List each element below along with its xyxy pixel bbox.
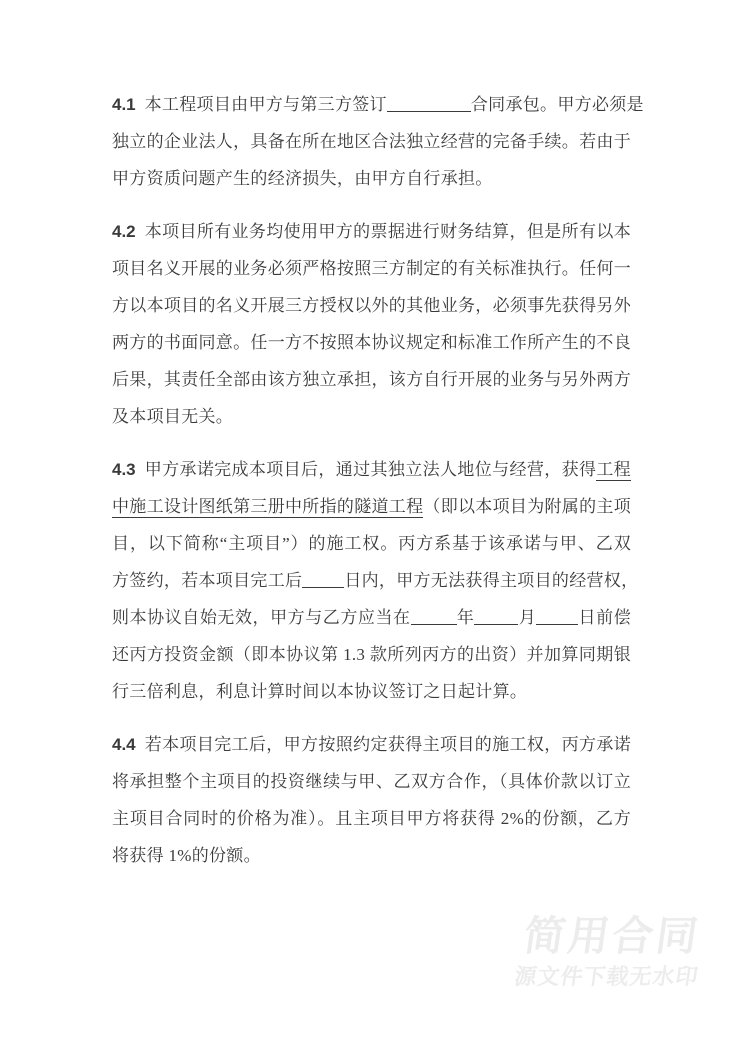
text-line: 方以本项目的名义开展三方授权以外的其他业务，必须事先获得另外 bbox=[112, 287, 631, 324]
watermark-brand: 简用合同 bbox=[517, 916, 707, 957]
section-4.4: 4.4若本项目完工后，甲方按照约定获得主项目的施工权，丙方承诺将承担整个主项目的… bbox=[112, 726, 631, 874]
text-segment: 方以本项目的名义开展三方授权以外的其他业务，必须事先获得另外 bbox=[112, 296, 631, 315]
text-line: 甲方资质问题产生的经济损失，由甲方自行承担。 bbox=[112, 160, 631, 197]
text-line: 两方的书面同意。任一方不按照本协议规定和标准工作所产生的不良 bbox=[112, 324, 631, 361]
text-segment: （即以本项目为附属的主项 bbox=[423, 497, 631, 516]
blank-field bbox=[474, 610, 518, 625]
text-line: 项目名义开展的业务必须严格按照三方制定的有关标准执行。任何一 bbox=[112, 250, 631, 287]
text-segment: 后果，其责任全部由该方独立承担，该方自行开展的业务与另外两方 bbox=[112, 370, 631, 389]
text-segment: 独立的企业法人，具备在所在地区合法独立经营的完备手续。若由于 bbox=[112, 132, 631, 151]
text-segment: 将承担整个主项目的投资继续与甲、乙双方合作，（具体价款以订立 bbox=[112, 772, 631, 791]
blank-field bbox=[302, 573, 344, 588]
text-line: 4.1本工程项目由甲方与第三方签订合同承包。甲方必须是 bbox=[112, 86, 631, 123]
underlined-text: 工程 bbox=[596, 460, 631, 481]
section-4.3: 4.3甲方承诺完成本项目后，通过其独立法人地位与经营，获得工程中施工设计图纸第三… bbox=[112, 451, 631, 710]
text-segment: 项目名义开展的业务必须严格按照三方制定的有关标准执行。任何一 bbox=[112, 259, 631, 278]
text-line: 目，以下简称“主项目”）的施工权。丙方系基于该承诺与甲、乙双 bbox=[112, 525, 631, 562]
text-segment: 方签约，若本项目完工后 bbox=[112, 571, 302, 590]
text-line: 则本协议自始无效，甲方与乙方应当在年月日前偿 bbox=[112, 599, 631, 636]
text-line: 还丙方投资金额（即本协议第 1.3 款所列丙方的出资）并加算同期银 bbox=[112, 636, 631, 673]
section-number: 4.2 bbox=[112, 222, 136, 241]
text-segment: 及本项目无关。 bbox=[112, 407, 233, 426]
section-number: 4.1 bbox=[112, 95, 136, 114]
text-line: 方签约，若本项目完工后日内，甲方无法获得主项目的经营权， bbox=[112, 562, 631, 599]
text-segment: 目，以下简称“主项目”）的施工权。丙方系基于该承诺与甲、乙双 bbox=[112, 534, 631, 553]
text-line: 4.4若本项目完工后，甲方按照约定获得主项目的施工权，丙方承诺 bbox=[112, 726, 631, 763]
text-segment: 若本项目完工后，甲方按照约定获得主项目的施工权，丙方承诺 bbox=[145, 735, 631, 754]
blank-field bbox=[387, 97, 471, 112]
underlined-text: 中施工设计图纸第三册中所指的隧道工程 bbox=[112, 497, 423, 518]
blank-field bbox=[536, 610, 578, 625]
text-line: 将承担整个主项目的投资继续与甲、乙双方合作，（具体价款以订立 bbox=[112, 763, 631, 800]
text-line: 及本项目无关。 bbox=[112, 398, 631, 435]
text-line: 4.2本项目所有业务均使用甲方的票据进行财务结算，但是所有以本 bbox=[112, 213, 631, 250]
text-segment: 本工程项目由甲方与第三方签订 bbox=[145, 95, 387, 114]
section-4.1: 4.1本工程项目由甲方与第三方签订合同承包。甲方必须是独立的企业法人，具备在所在… bbox=[112, 86, 631, 197]
text-segment: 日内，甲方无法获得主项目的经营权， bbox=[344, 571, 638, 590]
watermark: 简用合同 源文件下载无水印 bbox=[513, 916, 707, 988]
text-segment: 合同承包。甲方必须是 bbox=[471, 95, 644, 114]
text-line: 4.3甲方承诺完成本项目后，通过其独立法人地位与经营，获得工程 bbox=[112, 451, 631, 488]
text-line: 主项目合同时的价格为准）。且主项目甲方将获得 2%的份额，乙方 bbox=[112, 800, 631, 837]
text-segment: 日前偿 bbox=[578, 608, 631, 627]
blank-field bbox=[411, 610, 457, 625]
text-segment: 还丙方投资金额（即本协议第 1.3 款所列丙方的出资）并加算同期银 bbox=[112, 645, 631, 664]
text-segment: 主项目合同时的价格为准）。且主项目甲方将获得 2%的份额，乙方 bbox=[112, 809, 631, 828]
section-number: 4.3 bbox=[112, 460, 136, 479]
text-segment: 行三倍利息，利息计算时间以本协议签订之日起计算。 bbox=[112, 682, 527, 701]
watermark-tagline: 源文件下载无水印 bbox=[513, 966, 700, 988]
text-line: 行三倍利息，利息计算时间以本协议签订之日起计算。 bbox=[112, 673, 631, 710]
text-segment: 将获得 1%的份额。 bbox=[112, 846, 261, 865]
text-segment: 两方的书面同意。任一方不按照本协议规定和标准工作所产生的不良 bbox=[112, 333, 631, 352]
text-segment: 甲方承诺完成本项目后，通过其独立法人地位与经营，获得 bbox=[145, 460, 597, 479]
text-line: 独立的企业法人，具备在所在地区合法独立经营的完备手续。若由于 bbox=[112, 123, 631, 160]
text-line: 中施工设计图纸第三册中所指的隧道工程（即以本项目为附属的主项 bbox=[112, 488, 631, 525]
section-number: 4.4 bbox=[112, 735, 136, 754]
document-page: 4.1本工程项目由甲方与第三方签订合同承包。甲方必须是独立的企业法人，具备在所在… bbox=[0, 0, 742, 1049]
text-segment: 本项目所有业务均使用甲方的票据进行财务结算，但是所有以本 bbox=[145, 222, 631, 241]
section-4.2: 4.2本项目所有业务均使用甲方的票据进行财务结算，但是所有以本项目名义开展的业务… bbox=[112, 213, 631, 435]
document-body: 4.1本工程项目由甲方与第三方签订合同承包。甲方必须是独立的企业法人，具备在所在… bbox=[112, 86, 631, 890]
text-segment: 年 bbox=[457, 608, 475, 627]
text-segment: 甲方资质问题产生的经济损失，由甲方自行承担。 bbox=[112, 169, 493, 188]
text-segment: 月 bbox=[518, 608, 536, 627]
text-line: 将获得 1%的份额。 bbox=[112, 837, 631, 874]
text-segment: 则本协议自始无效，甲方与乙方应当在 bbox=[112, 608, 411, 627]
text-line: 后果，其责任全部由该方独立承担，该方自行开展的业务与另外两方 bbox=[112, 361, 631, 398]
